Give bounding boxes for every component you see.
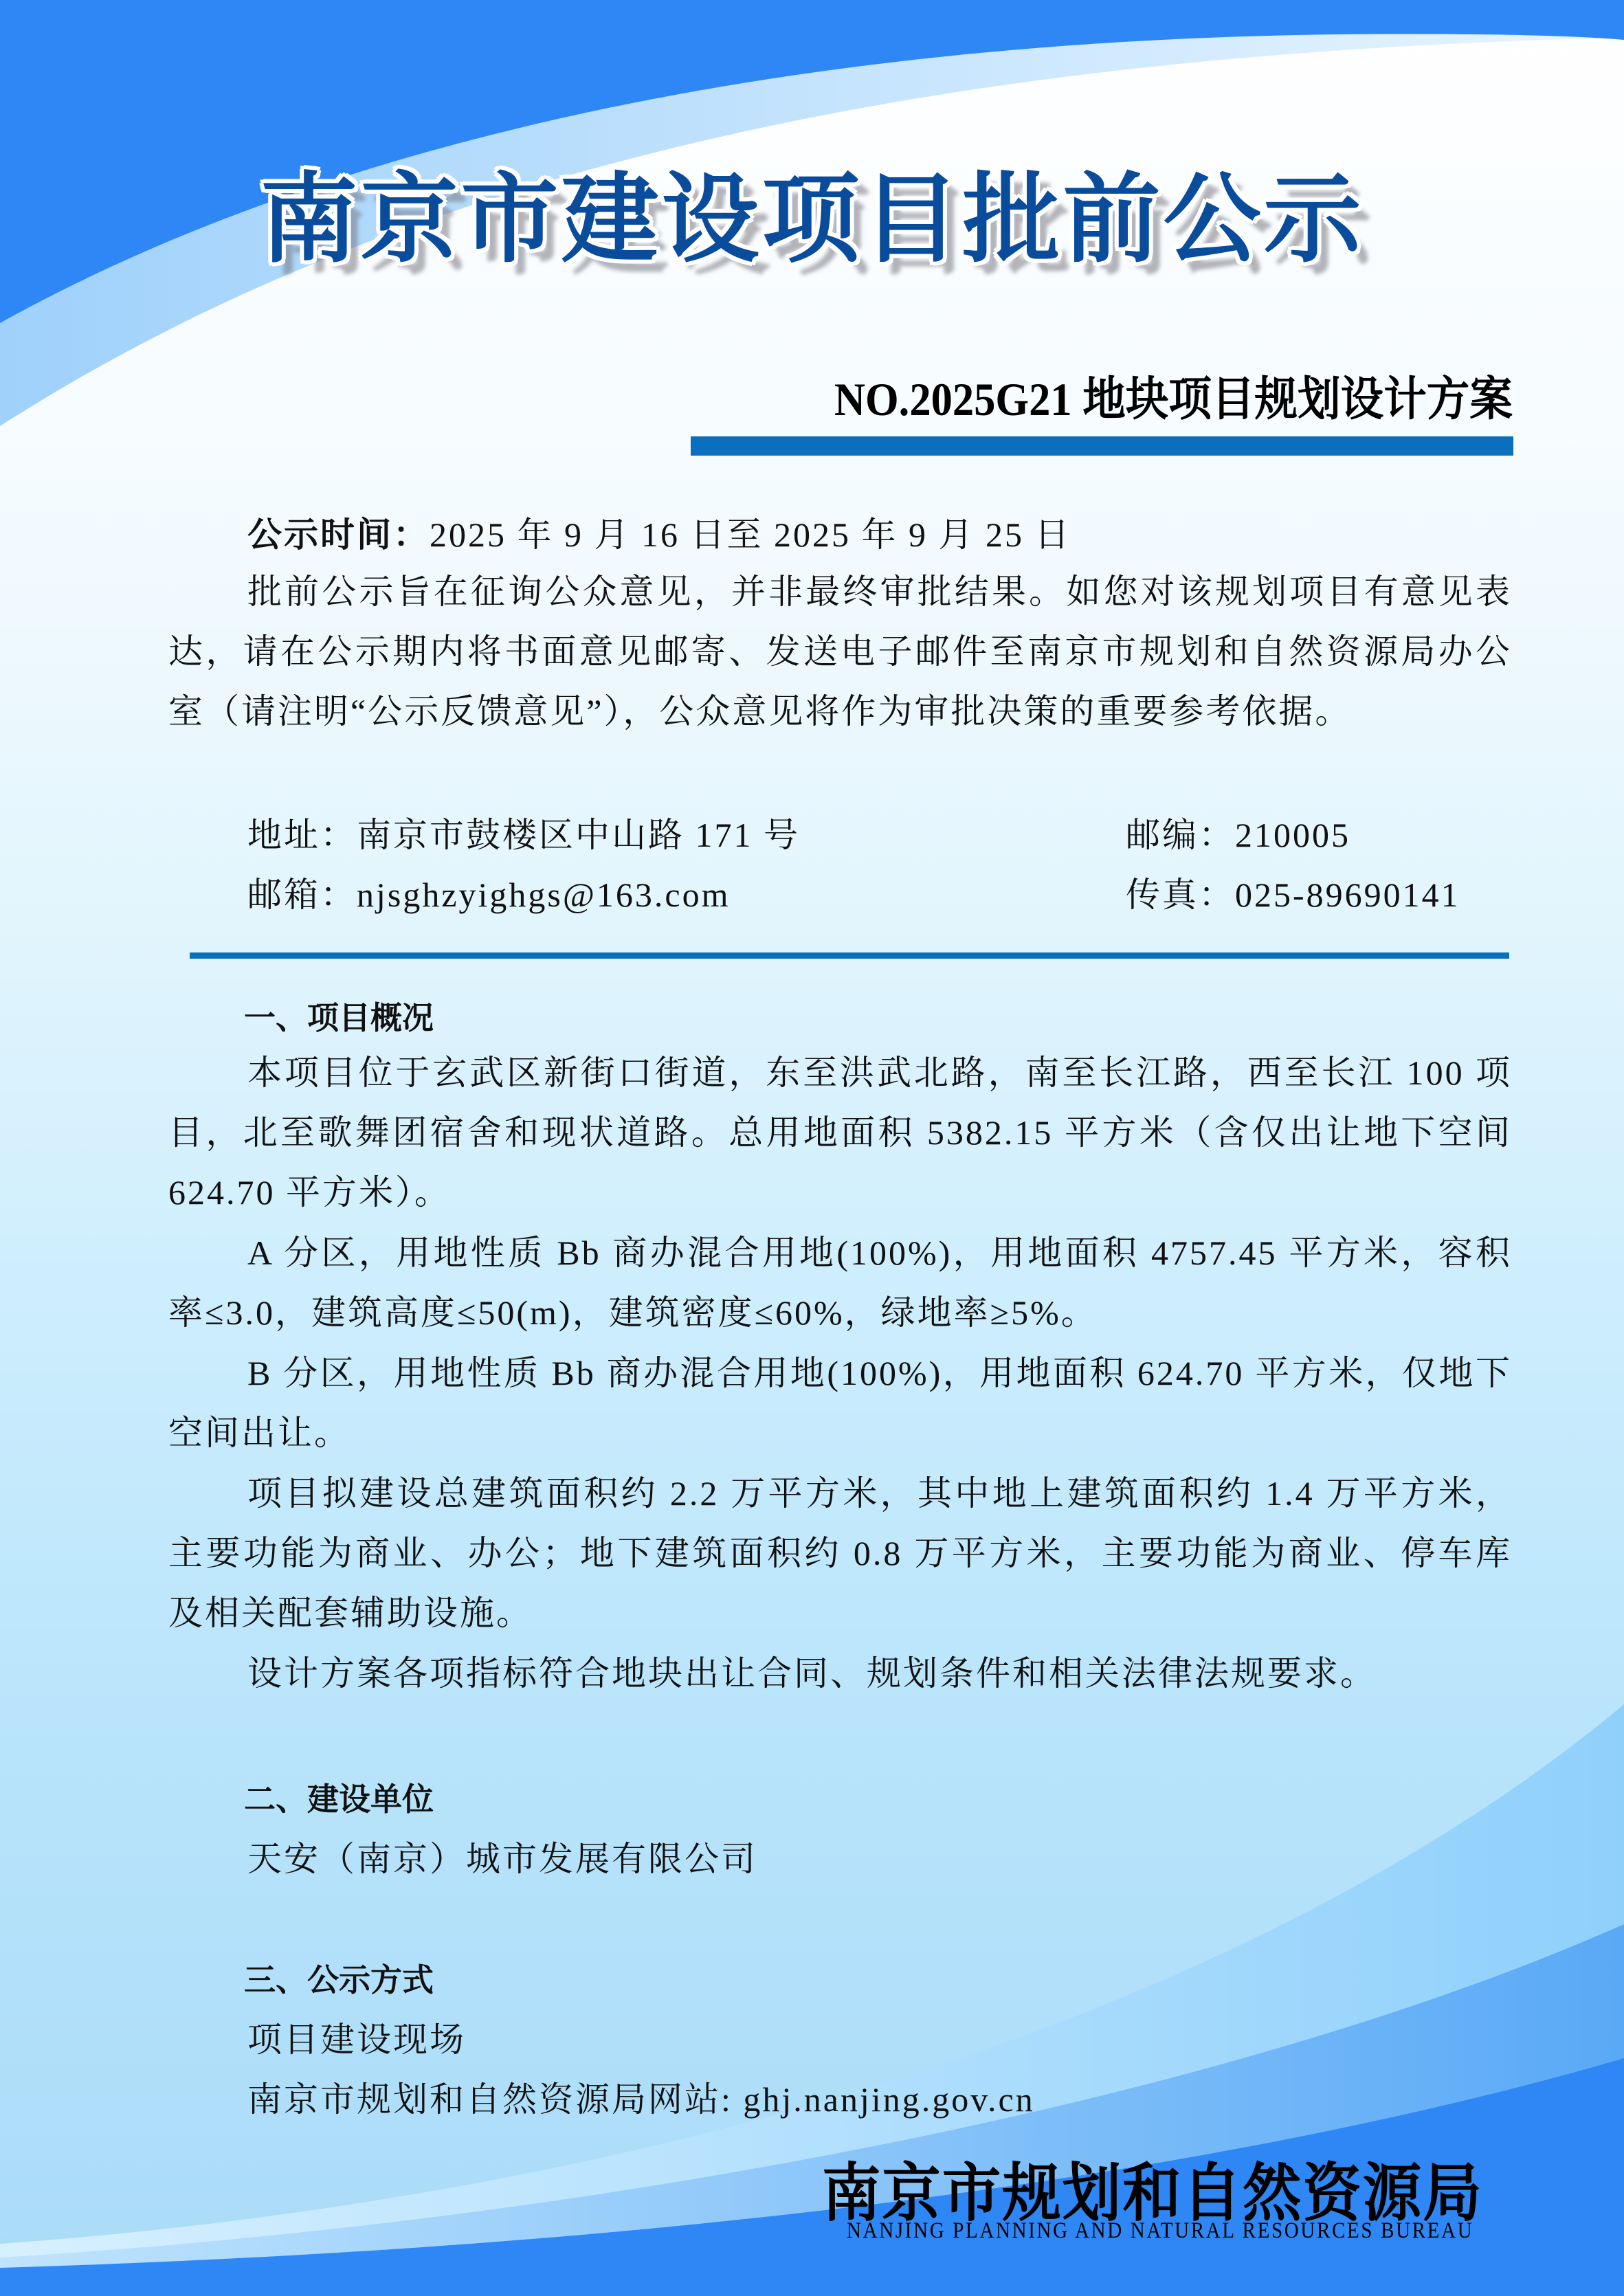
section-divider	[190, 952, 1509, 959]
fax: 传真：025-89690141	[1126, 867, 1460, 917]
overview-paragraph-location: 本项目位于玄武区新街口街道，东至洪武北路，南至长江路，西至长江 100 项目，北…	[168, 1043, 1512, 1223]
postcode: 邮编：210005	[1126, 807, 1350, 857]
project-subtitle: NO.2025G21 地块项目规划设计方案	[834, 362, 1513, 429]
fax-value: 025-89690141	[1235, 876, 1460, 914]
email-label: 邮箱：	[247, 876, 357, 914]
method-item-website[interactable]: 南京市规划和自然资源局网站: ghj.nanjing.gov.cn	[247, 2072, 1035, 2121]
notice-period: 公示时间：2025 年 9 月 16 日至 2025 年 9 月 25 日	[247, 507, 1071, 557]
address: 地址：南京市鼓楼区中山路 171 号	[247, 807, 800, 857]
notice-page: 南京市建设项目批前公示 NO.2025G21 地块项目规划设计方案 公示时间：2…	[0, 0, 1624, 2296]
overview-paragraph-compliance: 设计方案各项指标符合地块出让合同、规划条件和相关法律法规要求。	[168, 1644, 1512, 1704]
overview-paragraph-zone-b: B 分区，用地性质 Bb 商办混合用地(100%)，用地面积 624.70 平方…	[168, 1344, 1512, 1463]
subtitle-underline-bar	[691, 436, 1513, 456]
postcode-label: 邮编：	[1126, 816, 1235, 854]
page-title: 南京市建设项目批前公示	[0, 141, 1624, 281]
email-link[interactable]: njsghzyighgs@163.com	[357, 876, 731, 914]
notice-period-value: 2025 年 9 月 16 日至 2025 年 9 月 25 日	[430, 515, 1071, 554]
postcode-value: 210005	[1235, 816, 1350, 854]
fax-label: 传真：	[1126, 876, 1235, 914]
section-heading-developer: 二、建设单位	[244, 1774, 434, 1820]
footer-agency-english: NANJING PLANNING AND NATURAL RESOURCES B…	[847, 2218, 1473, 2244]
section-heading-method: 三、公示方式	[244, 1955, 434, 2000]
section-heading-overview: 一、项目概况	[244, 993, 434, 1038]
method-item-site: 项目建设现场	[247, 2012, 466, 2062]
overview-paragraph-zone-a: A 分区，用地性质 Bb 商办混合用地(100%)，用地面积 4757.45 平…	[168, 1223, 1512, 1343]
developer-name: 天安（南京）城市发展有限公司	[247, 1831, 757, 1881]
notice-intro: 批前公示旨在征询公众意见，并非最终审批结果。如您对该规划项目有意见表达，请在公示…	[168, 562, 1512, 742]
overview-paragraph-floor-area: 项目拟建设总建筑面积约 2.2 万平方米，其中地上建筑面积约 1.4 万平方米，…	[168, 1464, 1512, 1643]
address-value: 南京市鼓楼区中山路 171 号	[357, 816, 800, 854]
address-label: 地址：	[247, 816, 357, 854]
email: 邮箱：njsghzyighgs@163.com	[247, 867, 731, 917]
notice-period-label: 公示时间：	[247, 515, 430, 555]
